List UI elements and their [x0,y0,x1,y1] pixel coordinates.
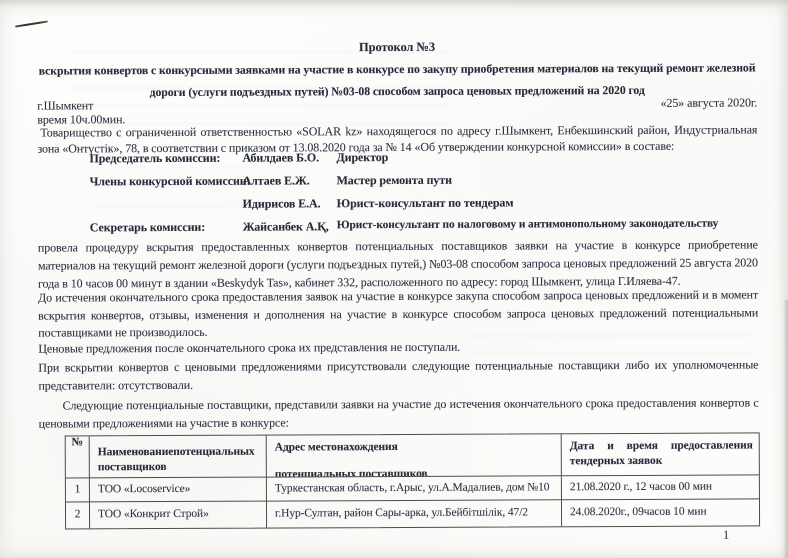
supplier-row-1-number: 1 [66,478,90,502]
no-withdrawals-paragraph: До истечения окончательного срока предос… [38,286,758,342]
scan-edge-shadow [783,300,788,558]
table-header-supplier-address: Адрес местонахождения потенциальных пост… [267,434,562,477]
commission-member-position: Мастер ремонта пути [337,173,452,189]
table-header-number: № [66,436,90,478]
suppliers-intro-paragraph: Следующие потенциальные поставщики, пред… [39,394,759,432]
supplier-row-2-datetime: 24.08.2020г., 09часов 10 мин [562,499,759,526]
commission-member-position: Юрист-консультант по налоговому и антимо… [337,218,719,232]
supplier-row-2-name: ТОО «Конкрит Строй» [90,502,267,529]
table-header-supplier-name: Наименованиепотенциальных поставщиков [90,436,267,479]
commission-member-name: Абилдаев Б.О. [242,150,319,165]
city-label: г.Шымкент [37,98,93,112]
commission-row-secretary: Секретарь комиссии: Жайсанбек А.Қ, Юрист… [38,217,758,236]
scanned-protocol-page: Протокол №3 вскрытия конвертов с конкурс… [0,0,788,558]
supplier-row-1-name: ТОО «Locoservice» [90,478,267,503]
table-header-datetime: Дата и время предоставления тендерных за… [562,433,759,476]
no-late-offers-paragraph: Ценовые предложения после окончательного… [38,338,758,356]
commission-role-label: Секретарь комиссии: [90,220,205,236]
commission-member-name: Идирисов Е.А. [243,196,321,211]
commission-member-position: Юрист-консультант по тендерам [337,195,514,211]
commission-row-member-2: Идирисов Е.А. Юрист-консультант по тенде… [38,194,758,213]
page-number: 1 [723,528,729,543]
commission-member-name: Алтаев Е.Ж. [243,173,310,188]
supplier-row-2-number: 2 [66,502,90,528]
commission-member-position: Директор [336,150,388,165]
supplier-row-1-datetime: 21.08.2020 г., 12 часов 00 мин [562,475,759,500]
commission-role-label: Председатель комиссии: [89,151,220,167]
doc-title: Протокол №3 [37,38,757,56]
doc-subtitle-line1: вскрытия конвертов с конкурсными заявкам… [37,60,757,78]
commission-member-name: Жайсанбек А.Қ, [243,219,329,234]
commission-row-chairman: Председатель комиссии: Абилдаев Б.О. Дир… [37,148,757,167]
supplier-row-1-address: Туркестанская область, г.Арыс, ул.А.Мада… [267,476,562,501]
attendees-paragraph: При вскрытии конвертов с ценовыми предло… [38,355,758,394]
suppliers-table: № Наименованиепотенциальных поставщиков … [65,432,760,529]
commission-role-label: Члены конкурсной комиссии: [90,174,251,190]
procedure-paragraph: провела процедуру вскрытия предоставленн… [38,235,758,292]
supplier-row-2-address: г.Нур-Султан, район Сары-арка, ул.Бейбіт… [267,500,562,527]
document-content: Протокол №3 вскрытия конвертов с конкурс… [37,0,759,558]
commission-row-member-1: Члены конкурсной комиссии: Алтаев Е.Ж. М… [38,171,758,190]
